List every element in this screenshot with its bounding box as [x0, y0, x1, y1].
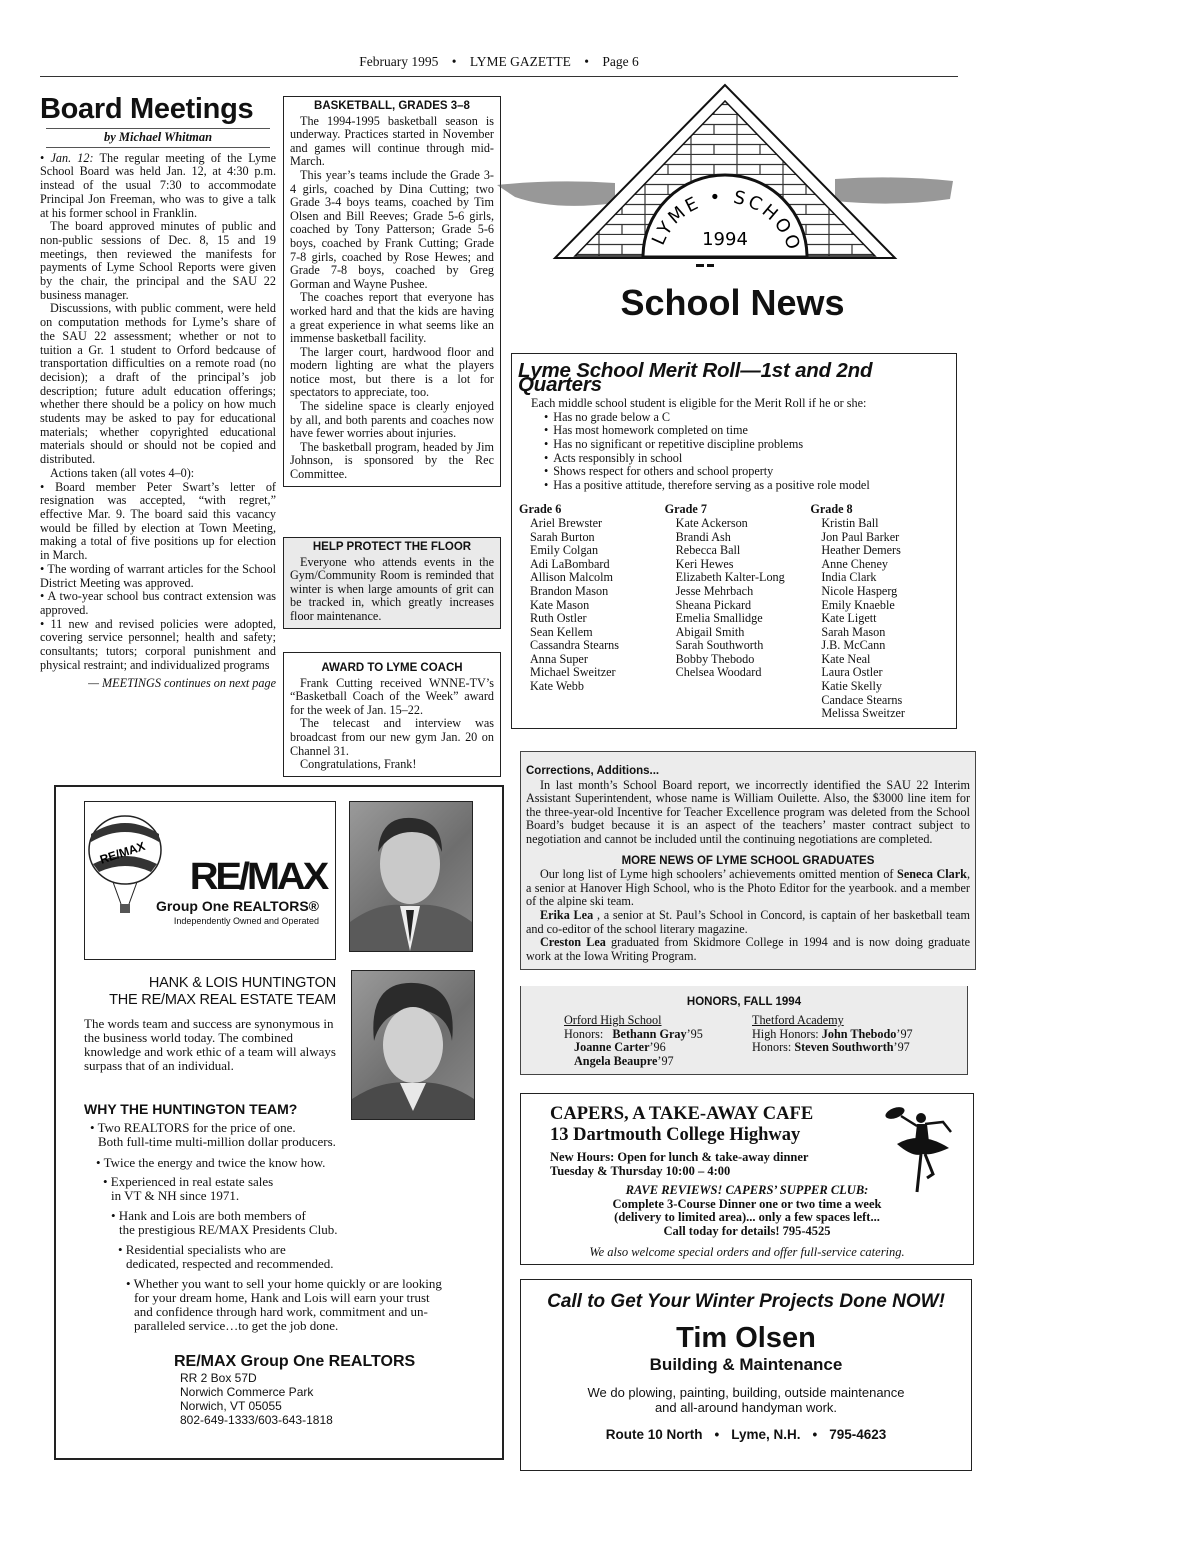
student-name: Candace Stearns [810, 694, 956, 708]
team-heading: HANK & LOIS HUNTINGTON THE RE/MAX REAL E… [76, 975, 336, 1009]
man-portrait-icon [350, 802, 472, 951]
graduates-title: MORE NEWS OF LYME SCHOOL GRADUATES [526, 855, 970, 869]
student-name: Allison Malcolm [519, 571, 665, 585]
supper-club-heading: RAVE REVIEWS! CAPERS’ SUPPER CLUB: [626, 1183, 869, 1197]
business-owner: Tim Olsen [521, 1322, 971, 1355]
lyme-school-logo: 1994 LYME • SCHOOL [495, 75, 955, 270]
student-name: Michael Sweitzer [519, 666, 665, 680]
criterion: Shows respect for others and school prop… [544, 465, 956, 479]
separator: • [584, 54, 589, 69]
paragraph: Congratulations, Frank! [290, 758, 494, 772]
student-name: Brandi Ash [665, 531, 811, 545]
remax-logo-card: RE/MAX RE/MAX Group One REALTORS® Indepe… [84, 801, 336, 960]
benefit-item: • Hank and Lois are both members ofthe p… [111, 1209, 337, 1237]
student-name: Kate Webb [519, 680, 665, 694]
merit-roll-title: Lyme School Merit Roll—1st and 2nd Quart… [518, 364, 956, 391]
ad-headline: Call to Get Your Winter Projects Done NO… [521, 1291, 971, 1313]
grade-columns: Grade 6 Ariel BrewsterSarah BurtonEmily … [512, 503, 956, 721]
woman-portrait-icon [352, 971, 474, 1119]
company-tagline: Independently Owned and Operated [174, 916, 319, 926]
paragraph: The 1994-1995 basketball season is under… [290, 115, 494, 169]
criterion: Has no significant or repetitive discipl… [544, 438, 956, 452]
merit-intro: Each middle school student is eligible f… [531, 397, 956, 411]
cafe-address: 13 Dartmouth College Highway [550, 1125, 813, 1146]
student-name: Sarah Southworth [665, 639, 811, 653]
board-meetings-article: Board Meetings by Michael Whitman • Jan.… [40, 92, 276, 691]
student-name: Melissa Sweitzer [810, 707, 956, 721]
cafe-phone: Call today for details! 795-4525 [521, 1225, 973, 1239]
grade-heading: Grade 8 [810, 503, 956, 517]
student-name: Sarah Mason [810, 626, 956, 640]
separator: • [452, 54, 457, 69]
student-name: Abigail Smith [665, 626, 811, 640]
page-number: Page 6 [602, 54, 638, 69]
remax-ad: RE/MAX RE/MAX Group One REALTORS® Indepe… [54, 785, 504, 1460]
photo-hank-huntington [349, 801, 473, 952]
hours-line: New Hours: Open for lunch & take-away di… [550, 1150, 808, 1164]
student-name: India Clark [810, 571, 956, 585]
orford-honors: Orford High School Honors: Bethann Gray’… [564, 1014, 703, 1068]
student-name: Sarah Burton [519, 531, 665, 545]
capers-ad: CAPERS, A TAKE-AWAY CAFE 13 Dartmouth Co… [520, 1093, 974, 1265]
student-name: Bobby Thebodo [665, 653, 811, 667]
paragraph: In last month’s School Board report, we … [526, 779, 970, 847]
issue-date: February 1995 [359, 54, 438, 69]
hot-air-balloon-icon: RE/MAX [85, 812, 165, 922]
benefit-item: • Two REALTORS for the price of one.Both… [90, 1121, 336, 1149]
article-title: Board Meetings [40, 92, 276, 126]
article-title: BASKETBALL, GRADES 3–8 [290, 100, 494, 114]
grade-7-column: Grade 7 Kate AckersonBrandi AshRebecca B… [665, 503, 811, 721]
hours-line: Tuesday & Thursday 10:00 – 4:00 [550, 1164, 808, 1178]
student-name: Adi LaBombard [519, 558, 665, 572]
paragraph: Everyone who attends events in the Gym/C… [290, 556, 494, 624]
student-name: Heather Demers [810, 544, 956, 558]
grade-8-column: Grade 8 Kristin BallJon Paul BarkerHeath… [810, 503, 956, 721]
masthead: February 1995 • LYME GAZETTE • Page 6 [40, 54, 958, 77]
paragraph: The telecast and interview was broadcast… [290, 717, 494, 758]
remax-contact: RE/MAX Group One REALTORS RR 2 Box 57D N… [174, 1353, 415, 1427]
student-name: Jon Paul Barker [810, 531, 956, 545]
paragraph: Frank Cutting received WNNE-TV’s “Basket… [290, 677, 494, 718]
criterion: Has most homework completed on time [544, 424, 956, 438]
school-name: Thetford Academy [752, 1014, 913, 1028]
protect-floor-notice: HELP PROTECT THE FLOOR Everyone who atte… [283, 537, 501, 629]
student-name: Elizabeth Kalter-Long [665, 571, 811, 585]
paragraph: The basketball program, headed by Jim Jo… [290, 441, 494, 482]
student-name: Brandon Mason [519, 585, 665, 599]
student-name: Laura Ostler [810, 666, 956, 680]
why-heading: WHY THE HUNTINGTON TEAM? [84, 1101, 297, 1117]
student-name: Kate Neal [810, 653, 956, 667]
honors-box: HONORS, FALL 1994 Orford High School Hon… [520, 986, 968, 1075]
paragraph: The coaches report that everyone has wor… [290, 291, 494, 345]
student-name: Jesse Mehrbach [665, 585, 811, 599]
contact-line: Route 10 North•Lyme, N.H.•795-4623 [521, 1427, 971, 1442]
student-name: Emily Colgan [519, 544, 665, 558]
student-name: Cassandra Stearns [519, 639, 665, 653]
article-title: AWARD TO LYME COACH [290, 662, 494, 676]
corrections-title: Corrections, Additions... [526, 765, 970, 779]
photo-lois-huntington [351, 970, 475, 1120]
thetford-honors: Thetford Academy High Honors: John Thebo… [752, 1014, 913, 1055]
paragraph: • The wording of warrant articles for th… [40, 563, 276, 590]
paragraph: Discussions, with public comment, were h… [40, 302, 276, 466]
student-name: Emelia Smallidge [665, 612, 811, 626]
paragraph: Erika Lea , a senior at St. Paul’s Schoo… [526, 909, 970, 936]
merit-roll: Lyme School Merit Roll—1st and 2nd Quart… [511, 353, 957, 729]
paragraph: • Jan. 12: The regular meeting of the Ly… [40, 152, 276, 221]
publication-name: LYME GAZETTE [470, 54, 571, 69]
tim-olsen-ad: Call to Get Your Winter Projects Done NO… [520, 1279, 972, 1471]
student-name: Sean Kellem [519, 626, 665, 640]
paragraph: The sideline space is clearly enjoyed by… [290, 400, 494, 441]
company-name: Group One REALTORS® [156, 898, 319, 914]
student-name: Nicole Hasperg [810, 585, 956, 599]
benefit-item: • Residential specialists who arededicat… [118, 1243, 334, 1271]
basketball-article: BASKETBALL, GRADES 3–8 The 1994-1995 bas… [283, 96, 501, 487]
student-name: Sheana Pickard [665, 599, 811, 613]
paragraph: Our long list of Lyme high schoolers’ ac… [526, 868, 970, 909]
notice-title: HELP PROTECT THE FLOOR [290, 541, 494, 555]
criterion: Has a positive attitude, therefore servi… [544, 479, 956, 493]
criteria-list: Has no grade below a C Has most homework… [512, 411, 956, 493]
award-article: AWARD TO LYME COACH Frank Cutting receiv… [283, 652, 501, 777]
paragraph: The board approved minutes of public and… [40, 220, 276, 302]
school-gable-icon: 1994 LYME • SCHOOL [495, 75, 955, 270]
paragraph: Actions taken (all votes 4–0): [40, 467, 276, 481]
paragraph: Creston Lea graduated from Skidmore Coll… [526, 936, 970, 963]
svg-text:1994: 1994 [702, 229, 748, 250]
cafe-name: CAPERS, A TAKE-AWAY CAFE [550, 1104, 813, 1125]
student-name: J.B. McCann [810, 639, 956, 653]
student-name: Kate Ackerson [665, 517, 811, 531]
paragraph: • Board member Peter Swart’s letter of r… [40, 481, 276, 563]
paragraph: • A two-year school bus contract extensi… [40, 590, 276, 617]
student-name: Emily Knaeble [810, 599, 956, 613]
team-description: The words team and success are synonymou… [84, 1017, 340, 1073]
ballerina-icon [883, 1104, 959, 1194]
benefit-item: • Whether you want to sell your home qui… [126, 1277, 442, 1333]
student-name: Keri Hewes [665, 558, 811, 572]
criterion: Has no grade below a C [544, 411, 956, 425]
student-name: Ruth Ostler [519, 612, 665, 626]
continued-note: — MEETINGS continues on next page [40, 677, 276, 691]
student-name: Anne Cheney [810, 558, 956, 572]
student-name: Kate Mason [519, 599, 665, 613]
office-phone: 802-649-1333/603-643-1818 [174, 1413, 415, 1427]
student-name: Anna Super [519, 653, 665, 667]
corrections-box: Corrections, Additions... In last month’… [520, 751, 976, 970]
grade-heading: Grade 7 [665, 503, 811, 517]
benefit-item: • Experienced in real estate salesin VT … [103, 1175, 273, 1203]
section-title: School News [510, 282, 955, 324]
grade-heading: Grade 6 [519, 503, 665, 517]
student-name: Kate Ligett [810, 612, 956, 626]
paragraph: The larger court, hardwood floor and mod… [290, 346, 494, 400]
phone: 795-4623 [829, 1427, 886, 1442]
student-name: Katie Skelly [810, 680, 956, 694]
student-name: Rebecca Ball [665, 544, 811, 558]
business-type: Building & Maintenance [521, 1355, 971, 1375]
grade-6-column: Grade 6 Ariel BrewsterSarah BurtonEmily … [519, 503, 665, 721]
office-name: RE/MAX Group One REALTORS [174, 1353, 415, 1371]
student-name: Chelsea Woodard [665, 666, 811, 680]
benefit-item: • Twice the energy and twice the know ho… [96, 1156, 325, 1170]
student-name: Ariel Brewster [519, 517, 665, 531]
paragraph: This year’s teams include the Grade 3-4 … [290, 169, 494, 291]
remax-logo: RE/MAX [190, 856, 326, 899]
byline: by Michael Whitman [46, 128, 270, 148]
student-name: Kristin Ball [810, 517, 956, 531]
paragraph: • 11 new and revised policies were adopt… [40, 618, 276, 673]
catering-note: We also welcome special orders and offer… [521, 1245, 973, 1260]
honors-title: HONORS, FALL 1994 [521, 996, 967, 1010]
school-name: Orford High School [564, 1014, 703, 1028]
criterion: Acts responsibly in school [544, 452, 956, 466]
